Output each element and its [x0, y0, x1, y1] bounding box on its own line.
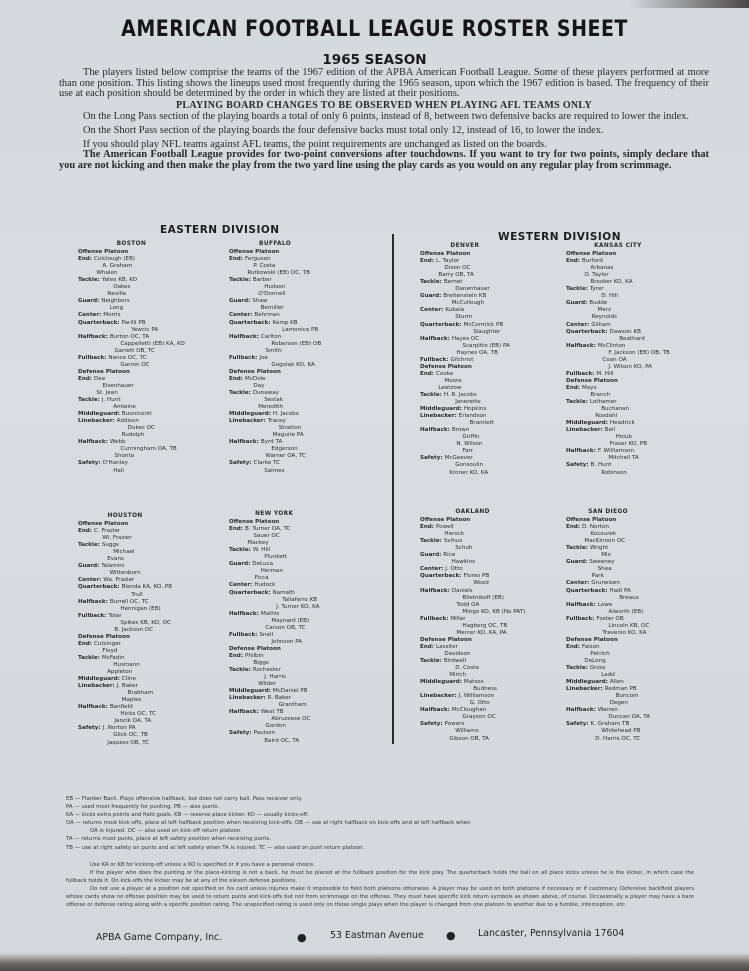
position-label: End:: [78, 528, 94, 534]
roster-line: Bramlett: [420, 420, 510, 427]
player-name: H. Jacobs: [273, 411, 299, 417]
roster-line: Davidson: [420, 651, 525, 658]
player-name: Baird OC, TA: [229, 738, 299, 744]
player-name: Yewcic PA: [78, 327, 158, 333]
platoon-heading: Defense Platoon: [78, 634, 172, 641]
player-name: A. Graham: [78, 263, 132, 269]
roster-line: Middleguard: Matsos: [420, 679, 525, 686]
roster-line: Fullback: Gilchrist: [420, 357, 510, 364]
position-label: Tackle:: [229, 547, 253, 553]
roster-line: O. Taylor: [566, 272, 670, 279]
roster-line: Brabham: [78, 690, 172, 697]
position-label: End:: [420, 524, 436, 530]
roster-line: Halfback: Lowe: [566, 602, 650, 609]
player-name: Joe: [259, 355, 268, 361]
player-name: Hayes OC: [452, 336, 479, 342]
roster-line: J. Harris: [229, 674, 320, 681]
roster-line: Lamonica PB: [229, 327, 321, 334]
position-label: Middleguard:: [420, 679, 464, 685]
roster-line: Halfback: Webb: [78, 439, 185, 446]
player-name: Hawkins: [420, 559, 475, 565]
player-name: DeLuca: [252, 561, 273, 567]
roster-line: Halfback: Burton OC, TA: [78, 334, 185, 341]
roster-line: Gogolak KO, KA: [229, 362, 321, 369]
player-name: McDole: [245, 376, 266, 382]
roster-line: Husmann: [78, 662, 172, 669]
roster-line: Linebacker: Bell: [566, 427, 670, 434]
roster-line: Mix: [566, 552, 650, 559]
roster-line: Gibson OB, TA: [420, 736, 525, 743]
player-name: J. Turner KO, KA: [229, 604, 320, 610]
player-name: J. Baker: [117, 683, 138, 689]
player-name: Gogolak KO, KA: [229, 362, 315, 368]
roster-line: O'Donnell: [229, 291, 321, 298]
roster-line: Herman: [229, 568, 320, 575]
player-name: Griffin: [420, 434, 480, 440]
roster-line: Petrich: [566, 651, 650, 658]
roster-line: Fullback: Foster OB: [566, 616, 650, 623]
player-name: Shea: [566, 566, 612, 572]
position-label: Tackle:: [229, 390, 253, 396]
platoon-heading: Offense Platoon: [420, 251, 510, 258]
roster-line: Halfback: Brown: [420, 427, 510, 434]
platoon-heading: Offense Platoon: [566, 517, 650, 524]
roster-line: Rudolph: [78, 432, 185, 439]
position-label: Linebacker:: [78, 418, 117, 424]
position-label: End:: [78, 376, 94, 382]
player-name: Cunningham OA, TB: [78, 446, 177, 452]
player-name: D. Norton: [582, 524, 609, 530]
division-divider: [392, 234, 394, 744]
roster-line: End: Burford: [566, 258, 670, 265]
roster-line: Safety: McGeever: [420, 455, 510, 462]
position-label: Safety:: [420, 455, 445, 461]
position-label: Halfback:: [566, 602, 598, 608]
player-name: R. Baker: [268, 695, 291, 701]
roster-line: Guard: Breitenstein KB: [420, 293, 510, 300]
position-label: Center:: [78, 312, 103, 318]
player-name: Antwine: [78, 404, 136, 410]
position-label: Tackle:: [229, 277, 253, 283]
roster-line: Janerette: [420, 399, 510, 406]
player-name: Stratton: [229, 425, 301, 431]
position-label: Linebacker:: [78, 683, 117, 689]
position-label: End:: [420, 371, 436, 377]
roster-line: Sestak: [229, 397, 321, 404]
roster-line: Halfback: Daniels: [420, 588, 525, 595]
season-subtitle: 1965 SEASON: [0, 52, 749, 68]
roster-line: Guard: Sweeney: [566, 559, 650, 566]
roster-line: Smith: [229, 348, 321, 355]
roster-line: Linebacker: Redman PB: [566, 686, 650, 693]
roster-line: Quarterback: McCormick PB: [420, 322, 510, 329]
roster-line: Baird OC, TA: [229, 738, 320, 745]
team-name: KANSAS CITY: [566, 243, 670, 250]
player-name: Flores PB: [464, 573, 490, 579]
roster-line: Park: [566, 573, 650, 580]
roster-line: J. Turner KO, KA: [229, 604, 320, 611]
position-label: Linebacker:: [566, 427, 605, 433]
roster-line: B. Jackson OC: [78, 627, 172, 634]
roster-line: Halfback: F. Williamson: [566, 448, 670, 455]
player-name: Dunaway: [253, 390, 279, 396]
roster-line: Hicks OC, TC: [78, 711, 172, 718]
position-label: Quarterback:: [229, 590, 273, 596]
roster-line: Guard: Shaw: [229, 298, 321, 305]
roster-line: Kocourek: [566, 531, 650, 538]
symbol-legend: EB — Flanker Back. Plays offensive halfb…: [66, 795, 706, 852]
position-label: End:: [420, 644, 436, 650]
player-name: N. Wilson: [420, 441, 483, 447]
position-label: Guard:: [229, 298, 252, 304]
roster-line: Rutkowski (EB) OC, TB: [229, 270, 321, 277]
position-label: Fullback:: [566, 371, 596, 377]
player-name: J. Otto: [445, 566, 462, 572]
roster-line: End: Mays: [566, 385, 670, 392]
roster-line: Gordon: [229, 723, 320, 730]
player-name: Evans: [78, 556, 124, 562]
roster-line: Halfback: McClinton: [566, 343, 670, 350]
legend-line: OA is injured. OC — also used on kick-of…: [66, 827, 706, 835]
player-name: Ladd: [566, 672, 615, 678]
player-name: Lothamer: [590, 399, 617, 405]
position-label: Tackle:: [420, 658, 444, 664]
player-name: Burford: [582, 258, 603, 264]
roster-line: F. Jackson (EB) OB, TB: [566, 350, 670, 357]
legend-line: TB — use at right safety on punts and at…: [66, 844, 706, 852]
position-label: Guard:: [78, 563, 101, 569]
roster-line: Halfback: Carlton: [229, 334, 321, 341]
player-name: Lassiter: [436, 644, 458, 650]
roster-line: Center: Wa. Frazier: [78, 577, 172, 584]
team-name: BOSTON: [78, 241, 185, 248]
roster-line: Middleguard: McDaniel PB: [229, 688, 320, 695]
player-name: Scarpitto (EB) PA: [420, 343, 510, 349]
roster-line: Reynolds: [566, 314, 670, 321]
position-label: Halfback:: [566, 343, 598, 349]
player-name: Matsos: [464, 679, 484, 685]
roster-line: Halfback: Burrell OC, TC: [78, 599, 172, 606]
team-roster-boston: BOSTONOffense PlatoonEnd: Colclough (EB)…: [78, 241, 185, 475]
player-name: Spikes KB, KO, OC: [78, 620, 171, 626]
player-name: Rudolph: [78, 432, 144, 438]
player-name: Cappelletti (EB) KA, KO: [78, 341, 185, 347]
roster-line: Center: Gilliam: [566, 322, 670, 329]
roster-line: Jancik OA, TA: [78, 718, 172, 725]
player-name: Buchanan: [566, 406, 629, 412]
roster-line: Roberson (EB) OB: [229, 341, 321, 348]
roster-line: Duncan OA, TA: [566, 714, 650, 721]
position-label: End:: [566, 385, 582, 391]
roster-line: Tackle: Svihus: [420, 538, 525, 545]
player-name: Arbanas: [566, 265, 613, 271]
platoon-heading: Defense Platoon: [420, 364, 510, 371]
player-name: Breitenstein KB: [443, 293, 486, 299]
player-name: Edgerson: [229, 446, 298, 452]
player-name: Whalen: [78, 270, 117, 276]
position-label: Fullback:: [566, 616, 596, 622]
position-label: Halfback:: [420, 588, 452, 594]
position-label: Safety:: [78, 725, 103, 731]
position-label: Fullback:: [229, 632, 259, 638]
roster-line: Branch: [566, 392, 670, 399]
player-name: Barry OB, TA: [420, 272, 474, 278]
player-name: B. Hunt: [591, 462, 612, 468]
roster-line: Center: Behrman: [229, 312, 321, 319]
bullet-separator: ●: [446, 929, 456, 942]
roster-line: Griffin: [420, 434, 510, 441]
roster-line: Oakes: [78, 284, 185, 291]
player-name: Reynolds: [566, 314, 617, 320]
roster-line: Robinson: [566, 470, 670, 477]
player-name: Warner OA, TC: [229, 453, 306, 459]
roster-line: Tackle: McFadin: [78, 655, 172, 662]
roster-line: Travenio KO, KA: [566, 630, 650, 637]
roster-line: Middleguard: Allen: [566, 679, 650, 686]
player-name: Hagberg OC, TB: [420, 623, 507, 629]
player-name: Hudson: [229, 284, 285, 290]
roster-line: Williams: [420, 728, 525, 735]
player-name: Redman PB: [605, 686, 637, 692]
roster-line: Tackle: Rochester: [229, 667, 320, 674]
player-name: Sestak: [229, 397, 283, 403]
roster-line: End: B. Turner OA, TC: [229, 526, 320, 533]
player-name: Herman: [229, 568, 283, 574]
position-label: Halfback:: [229, 334, 261, 340]
player-name: Holub: [566, 434, 632, 440]
roster-line: Center: Kubala: [420, 307, 510, 314]
team-roster-san-diego: SAN DIEGOOffense PlatoonEnd: D. NortonKo…: [566, 509, 650, 743]
roster-line: Safety: B. Hunt: [566, 462, 670, 469]
player-name: McGeever: [445, 455, 473, 461]
position-label: Middleguard:: [420, 406, 464, 412]
roster-line: Arbanas: [566, 265, 670, 272]
player-name: Lamonica PB: [229, 327, 318, 333]
page-bottom-edge: [0, 953, 749, 971]
platoon-heading: Defense Platoon: [78, 369, 185, 376]
roster-line: Jaquess OB, TC: [78, 740, 172, 747]
position-label: Tackle:: [78, 655, 102, 661]
roster-line: Hennigan (EB): [78, 606, 172, 613]
player-name: Clarke TC: [254, 460, 280, 466]
roster-line: Haynes OA, TB: [420, 350, 510, 357]
roster-line: Leetzow: [420, 385, 510, 392]
roster-line: Neville: [78, 291, 185, 298]
position-label: Tackle:: [229, 667, 253, 673]
position-label: Center:: [78, 577, 103, 583]
legend-line: OA — returns most kick-offs, place at le…: [66, 819, 706, 827]
roster-line: Safety: Paulson: [229, 730, 320, 737]
roster-line: Evans: [78, 556, 172, 563]
roster-line: Ladd: [566, 672, 650, 679]
roster-line: Hall: [78, 468, 185, 475]
player-name: Kemp KB: [273, 320, 298, 326]
player-name: Maynard (EB): [229, 618, 309, 624]
player-name: Snell: [259, 632, 273, 638]
position-label: Linebacker:: [229, 418, 268, 424]
player-name: Dee: [94, 376, 105, 382]
two-point-rule: The American Football League provides fo…: [59, 150, 709, 171]
team-name: BUFFALO: [229, 241, 321, 248]
player-name: Behrman: [254, 312, 279, 318]
position-label: Fullback:: [420, 357, 450, 363]
player-name: St. Jean: [78, 390, 118, 396]
position-label: Halfback:: [566, 448, 598, 454]
roster-line: Shea: [566, 566, 650, 573]
player-name: Yates KB, KO: [102, 277, 137, 283]
roster-line: Center: Hudock: [229, 582, 320, 589]
roster-line: Halfback: Mathis: [229, 611, 320, 618]
player-name: Svihus: [444, 538, 462, 544]
roster-line: Ficca: [229, 575, 320, 582]
city-address: Lancaster, Pennsylvania 17604: [478, 928, 624, 939]
player-name: Faison: [582, 644, 600, 650]
roster-line: Linebacker: J. Baker: [78, 683, 172, 690]
legend-line: KA — kicks extra points and field goals.…: [66, 811, 706, 819]
roster-line: Mirich: [420, 672, 525, 679]
player-name: Grayson OC: [420, 714, 496, 720]
player-name: Blanda KA, KO, PB: [122, 584, 173, 590]
page-corner-shadow: [629, 0, 749, 8]
position-label: End:: [420, 258, 436, 264]
position-label: Guard:: [229, 561, 252, 567]
position-label: Quarterback:: [420, 322, 464, 328]
roster-line: Mingo KO, KB (No PAT): [420, 609, 525, 616]
player-name: Erlandson: [459, 413, 487, 419]
roster-line: End: Lassiter: [420, 644, 525, 651]
roster-line: End: L. Taylor: [420, 258, 510, 265]
player-name: Hall: [78, 468, 124, 474]
team-name: SAN DIEGO: [566, 509, 650, 516]
roster-line: Tackle: Barber: [229, 277, 321, 284]
roster-line: J. Wilson KO, PA: [566, 364, 670, 371]
player-name: Gilliam: [591, 322, 610, 328]
player-name: Dawson KB: [610, 329, 641, 335]
position-label: Tackle:: [566, 286, 590, 292]
position-label: Fullback:: [78, 355, 108, 361]
roster-line: Holub: [566, 434, 670, 441]
roster-line: Middleguard: Hopkins: [420, 406, 510, 413]
player-name: Buncom: [566, 693, 638, 699]
position-label: Linebacker:: [566, 686, 605, 692]
player-name: Travenio KO, KA: [566, 630, 646, 636]
roster-line: Kroner KO, KA: [420, 470, 510, 477]
position-label: Quarterback:: [420, 573, 464, 579]
roster-line: Quarterback: Kemp KB: [229, 320, 321, 327]
player-name: Kocourek: [566, 531, 616, 537]
player-name: Taliaferro KB: [229, 597, 317, 603]
team-name: DENVER: [420, 243, 510, 250]
player-name: Philbin: [245, 653, 264, 659]
eastern-division-title: EASTERN DIVISION: [160, 224, 280, 236]
roster-line: End: McDole: [229, 376, 321, 383]
position-label: End:: [229, 653, 245, 659]
player-name: Maples: [78, 697, 141, 703]
player-name: Wright: [590, 545, 608, 551]
board-changes-heading: PLAYING BOARD CHANGES TO BE OBSERVED WHE…: [59, 101, 709, 112]
player-name: Bell: [605, 427, 615, 433]
player-name: Todd OA: [420, 602, 479, 608]
roster-line: Linebacker: Addison: [78, 418, 185, 425]
player-name: Birdwell: [444, 658, 466, 664]
player-name: D. Hill: [566, 293, 618, 299]
position-label: Halfback:: [229, 709, 261, 715]
roster-line: Fullback: Joe: [229, 355, 321, 362]
player-name: Roberson (EB) OB: [229, 341, 321, 347]
player-name: Buoniconti: [122, 411, 152, 417]
position-label: Halfback:: [420, 336, 452, 342]
position-label: Tackle:: [78, 397, 102, 403]
roster-line: Lincoln KB, OC: [566, 623, 650, 630]
roster-line: DeLong: [566, 658, 650, 665]
player-name: Ferguson: [245, 256, 271, 262]
position-label: Fullback:: [229, 355, 259, 361]
player-name: Hennigan (EB): [78, 606, 161, 612]
player-name: Floyd: [78, 648, 117, 654]
roster-line: Fraser KO, PB: [566, 441, 670, 448]
position-label: Tackle:: [566, 665, 590, 671]
player-name: Duncan OA, TA: [566, 714, 650, 720]
position-label: Halfback:: [229, 611, 261, 617]
team-name: NEW YORK: [229, 511, 320, 518]
player-name: Powers: [445, 721, 465, 727]
platoon-heading: Offense Platoon: [566, 251, 670, 258]
position-label: Center:: [420, 307, 445, 313]
roster-line: Halfback: Hayes OC: [420, 336, 510, 343]
roster-line: Tackle: Yates KB, KO: [78, 277, 185, 284]
position-label: Center:: [566, 322, 591, 328]
position-label: Center:: [229, 312, 254, 318]
roster-line: Plunkett: [229, 554, 320, 561]
roster-line: Tackle: Bernet: [420, 279, 510, 286]
player-name: Beathard: [566, 336, 645, 342]
player-name: Long: [78, 305, 123, 311]
player-name: Headrick: [610, 420, 635, 426]
position-label: Tackle:: [420, 392, 444, 398]
player-name: Parilli PB: [122, 320, 146, 326]
player-name: Garrett OB, TC: [78, 348, 155, 354]
roster-line: Halfback: Banfield: [78, 704, 172, 711]
roster-line: Day: [229, 383, 321, 390]
player-name: Williams: [420, 728, 479, 734]
player-name: Johnson PA: [229, 639, 302, 645]
roster-line: Glick OC, TB: [78, 732, 172, 739]
note-paragraph: Use KA or KB for kicking-off unless a KO…: [66, 861, 694, 869]
player-name: Foster OB: [596, 616, 623, 622]
platoon-heading: Offense Platoon: [420, 517, 525, 524]
platoon-heading: Defense Platoon: [566, 637, 650, 644]
intro-paragraph: The players listed below comprise the te…: [59, 68, 709, 100]
roster-line: Mackey: [229, 540, 320, 547]
platoon-heading: Defense Platoon: [229, 369, 321, 376]
player-name: Suggs: [102, 542, 119, 548]
player-name: Webb: [110, 439, 126, 445]
roster-line: Hagberg OC, TB: [420, 623, 525, 630]
roster-line: Quarterback: Hadl PA: [566, 588, 650, 595]
player-name: Lowe: [598, 602, 612, 608]
player-name: Miller: [450, 616, 465, 622]
player-name: Ficca: [229, 575, 269, 581]
position-label: Quarterback:: [566, 588, 610, 594]
platoon-heading: Offense Platoon: [229, 249, 321, 256]
player-name: Rice: [443, 552, 455, 558]
roster-line: Warner OA, TC: [229, 453, 321, 460]
roster-line: Tackle: Tyrer: [566, 286, 670, 293]
roster-line: End: Powell: [420, 524, 525, 531]
player-name: Janerette: [420, 399, 481, 405]
player-name: Biletnikoff (EB): [420, 595, 504, 601]
roster-line: Linebacker: Tracey: [229, 418, 321, 425]
